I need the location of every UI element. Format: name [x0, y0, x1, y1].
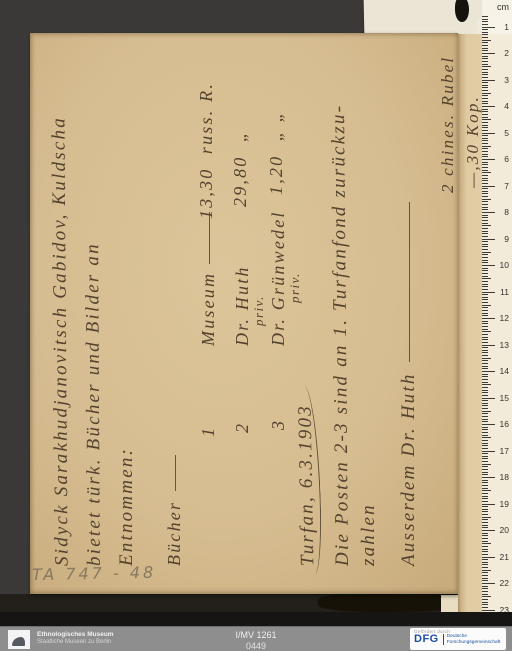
ruler-tick	[482, 604, 488, 605]
extra-amount: —,30 Kop.	[463, 95, 483, 188]
ruler-tick	[482, 138, 488, 139]
ruler-tick	[482, 443, 488, 444]
ruler-tick	[482, 170, 488, 171]
ruler-tick	[482, 368, 488, 369]
ruler-tick	[482, 40, 491, 41]
ruler-tick	[482, 27, 495, 28]
ruler-tick	[482, 220, 488, 221]
ruler-tick	[482, 284, 488, 285]
ruler-tick	[482, 559, 488, 560]
ruler-tick	[482, 199, 491, 200]
ruler-tick	[482, 464, 491, 465]
ruler-tick	[482, 435, 488, 436]
ruler-tick	[482, 270, 488, 271]
ruler-tick	[482, 390, 488, 391]
ruler-tick	[482, 599, 488, 600]
ruler-tick	[482, 480, 488, 481]
ruler-tick	[482, 424, 495, 425]
ruler-tick	[482, 93, 491, 94]
ruler-tick	[482, 421, 488, 422]
ruler-tick	[482, 466, 488, 467]
ruler-number: 2	[496, 48, 509, 58]
ruler-number: 10	[496, 260, 509, 270]
handwriting-line: Die Posten 2-3 sind an 1. Turfanfond zur…	[328, 104, 354, 566]
ruler-tick	[482, 223, 488, 224]
ruler-tick	[482, 21, 488, 22]
handwriting-line: Entnommen:	[116, 447, 138, 566]
ruler-tick	[482, 302, 488, 303]
ruler-tick	[482, 135, 488, 136]
handwriting-line: zahlen	[358, 503, 380, 566]
ruler-tick	[482, 318, 495, 319]
ruler-tick	[482, 331, 491, 332]
ruler-tick	[482, 53, 495, 54]
ruler-tick	[482, 469, 488, 470]
ruler-tick	[482, 511, 488, 512]
ruler-number: 8	[496, 207, 509, 217]
ruler-tick	[482, 156, 488, 157]
ruler-tick	[482, 103, 488, 104]
ruler-tick	[482, 586, 488, 587]
ruler-tick	[482, 109, 488, 110]
ruler-tick	[482, 24, 488, 25]
ruler-tick	[482, 281, 488, 282]
ruler-tick	[482, 602, 488, 603]
ruler-tick	[482, 77, 488, 78]
row-payee: Dr. Grünwedel	[268, 210, 289, 346]
ruler-tick	[482, 514, 488, 515]
ruler-tick	[482, 522, 488, 523]
ruler-tick	[482, 419, 488, 420]
ruler-tick	[482, 607, 488, 608]
ruler-tick	[482, 376, 488, 377]
ruler-tick	[482, 114, 488, 115]
ruler-tick	[482, 188, 488, 189]
ruler-tick	[482, 32, 488, 33]
ruler-tick	[482, 509, 488, 510]
pencil-inventory-note: TA 747 - 48	[32, 563, 157, 585]
ruler-tick	[482, 432, 488, 433]
digitization-footer: Ethnologisches Museum Staatliche Museen …	[0, 626, 512, 651]
ruler-tick	[482, 580, 488, 581]
ruler-tick	[482, 175, 488, 176]
ruler-tick	[482, 504, 495, 505]
ruler-tick	[482, 541, 488, 542]
handwriting-line: Ausserdem Dr. Huth	[398, 202, 420, 566]
ruler-tick	[482, 395, 488, 396]
ruler-tick	[482, 578, 488, 579]
row-payee: Dr. Huth	[232, 265, 253, 346]
ruler-tick	[482, 530, 495, 531]
table-row-label: Bücher	[164, 455, 185, 566]
ruler-tick	[482, 66, 491, 67]
ruler-tick	[482, 162, 488, 163]
ruler-tick	[482, 557, 495, 558]
ruler-tick	[482, 350, 488, 351]
ruler-tick	[482, 310, 488, 311]
ruler-tick	[482, 451, 495, 452]
ruler-tick	[482, 106, 495, 107]
ruler-tick	[482, 337, 488, 338]
ruler-tick	[482, 16, 488, 17]
ruler-tick	[482, 133, 495, 134]
ruler-number: 20	[496, 525, 509, 535]
ruler-tick	[482, 64, 488, 65]
ruler-tick	[482, 241, 488, 242]
handwriting-line: bietet türk. Bücher und Bilder an	[82, 242, 106, 566]
ruler-tick	[482, 554, 488, 555]
ruler-tick	[482, 178, 488, 179]
ruler-tick	[482, 591, 488, 592]
ruler-tick	[482, 130, 488, 131]
dfg-name-line2: Forschungsgemeinschaft	[447, 640, 501, 645]
ruler-tick	[482, 342, 488, 343]
ruler-tick	[482, 299, 488, 300]
ruler-tick	[482, 458, 488, 459]
row-number: 1	[198, 426, 219, 437]
ruler-tick	[482, 209, 488, 210]
ruler-tick	[482, 186, 495, 187]
ruler-tick	[482, 567, 488, 568]
extra-amount: 2 chines. Rubel	[438, 56, 458, 193]
ruler-tick	[482, 535, 488, 536]
ruler-tick	[482, 456, 488, 457]
ruler-tick	[482, 148, 488, 149]
ruler-tick	[482, 61, 488, 62]
ruler-tick	[482, 233, 488, 234]
ruler-tick	[482, 236, 488, 237]
ruler-tick	[482, 273, 488, 274]
ruler-tick	[482, 286, 488, 287]
ruler-tick	[482, 363, 488, 364]
ruler-tick	[482, 366, 488, 367]
ruler-tick	[482, 493, 488, 494]
ruler-tick	[482, 334, 488, 335]
ruler-tick	[482, 122, 488, 123]
ruler-number: 4	[496, 101, 509, 111]
ruler-tick	[482, 172, 491, 173]
ruler-tick	[482, 125, 488, 126]
ruler-number: 16	[496, 419, 509, 429]
ruler-tick	[482, 207, 488, 208]
ruler-tick	[482, 69, 488, 70]
ruler-tick	[482, 196, 488, 197]
ruler-tick	[482, 427, 488, 428]
ruler-tick	[482, 398, 495, 399]
ruler-tick	[482, 355, 488, 356]
ruler-tick	[482, 151, 488, 152]
ruler-tick	[482, 82, 488, 83]
ruler-tick	[482, 212, 495, 213]
ruler-tick	[482, 74, 488, 75]
ruler-tick	[482, 488, 488, 489]
ruler-number: 9	[496, 234, 509, 244]
ruler-number: 21	[496, 552, 509, 562]
ruler-tick	[482, 231, 488, 232]
ruler-tick	[482, 111, 488, 112]
ruler-tick	[482, 384, 491, 385]
ruler-tick	[482, 538, 488, 539]
ruler-tick	[482, 34, 488, 35]
ruler-tick	[482, 217, 488, 218]
ruler-tick	[482, 249, 488, 250]
ruler-tick	[482, 588, 488, 589]
ruler-number: 15	[496, 393, 509, 403]
ruler-tick	[482, 583, 495, 584]
ruler-tick	[482, 413, 488, 414]
ruler-tick	[482, 154, 488, 155]
ruler-tick	[482, 257, 488, 258]
ruler-tick	[482, 321, 488, 322]
ruler-tick	[482, 360, 488, 361]
ruler-tick	[482, 80, 495, 81]
ruler-tick	[482, 374, 488, 375]
ruler-tick	[482, 19, 488, 20]
ruler-tick	[482, 392, 488, 393]
ruler-tick	[482, 482, 488, 483]
ruler-tick	[482, 72, 488, 73]
ruler-tick	[482, 400, 488, 401]
ruler-number: 19	[496, 499, 509, 509]
ruler-tick	[482, 127, 488, 128]
ruler-tick	[482, 45, 488, 46]
ruler-tick	[482, 98, 488, 99]
ruler-tick	[482, 48, 488, 49]
ruler-tick	[482, 85, 488, 86]
row-payee-sub: priv.	[251, 295, 267, 326]
ruler-tick	[482, 119, 491, 120]
ruler-tick	[482, 498, 488, 499]
ruler-tick	[482, 262, 488, 263]
ruler-tick	[482, 265, 495, 266]
ruler-tick	[482, 201, 488, 202]
ruler-tick	[482, 183, 488, 184]
cm-ruler: cm 1234567891011121314151617181920212223	[482, 0, 512, 622]
ruler-tick	[482, 533, 488, 534]
ruler-tick	[482, 347, 488, 348]
ruler-tick	[482, 294, 488, 295]
ruler-tick	[482, 546, 488, 547]
ruler-tick	[482, 307, 488, 308]
ruler-tick	[482, 297, 488, 298]
ruler-tick	[482, 551, 488, 552]
ruler-number: 12	[496, 313, 509, 323]
ruler-tick	[482, 345, 495, 346]
ruler-tick	[482, 472, 488, 473]
ruler-number: 22	[496, 578, 509, 588]
ruler-tick	[482, 146, 491, 147]
footer-separator	[0, 612, 512, 626]
ruler-number: 3	[496, 75, 509, 85]
ruler-tick	[482, 42, 488, 43]
ruler-tick	[482, 143, 488, 144]
ruler-tick	[482, 352, 488, 353]
ruler-tick	[482, 90, 488, 91]
ruler-tick	[482, 37, 488, 38]
ruler-tick	[482, 204, 488, 205]
ruler-tick	[482, 506, 488, 507]
ruler-tick	[482, 564, 488, 565]
dfg-name-line1: Deutsche	[447, 634, 467, 639]
row-number: 3	[268, 419, 289, 430]
ruler-tick	[482, 416, 488, 417]
ruler-tick	[482, 326, 488, 327]
ruler-tick	[482, 159, 495, 160]
ruler-tick	[482, 225, 491, 226]
ruler-tick	[482, 477, 495, 478]
dfg-full-name: Deutsche Forschungsgemeinschaft	[443, 634, 501, 645]
ruler-tick	[482, 517, 491, 518]
ruler-tick	[482, 437, 491, 438]
ruler-tick	[482, 519, 488, 520]
row-amount: 1,20 „ „	[266, 110, 287, 195]
ruler-tick	[482, 254, 488, 255]
ruler-number: 6	[496, 154, 509, 164]
ruler-tick	[482, 429, 488, 430]
ruler-tick	[482, 453, 488, 454]
ruler-tick	[482, 215, 488, 216]
ruler-unit-label: cm	[497, 2, 509, 12]
ruler-tick	[482, 50, 488, 51]
ruler-tick	[482, 117, 488, 118]
ruler-tick	[482, 193, 488, 194]
ruler-tick	[482, 244, 488, 245]
ruler-tick	[482, 596, 491, 597]
ruler-tick	[482, 164, 488, 165]
ruler-tick	[482, 549, 488, 550]
ruler-tick	[482, 387, 488, 388]
ruler-tick	[482, 87, 488, 88]
ruler-tick	[482, 445, 488, 446]
ruler-tick	[482, 543, 491, 544]
ruler-tick	[482, 252, 491, 253]
row-payee-sub: priv.	[287, 272, 303, 303]
ruler-tick	[482, 408, 488, 409]
ruler-tick	[482, 501, 488, 502]
ruler-tick	[482, 167, 488, 168]
ruler-tick	[482, 440, 488, 441]
dfg-abbreviation: DFG	[414, 634, 439, 645]
ruler-tick	[482, 575, 488, 576]
ruler-tick	[482, 239, 495, 240]
ruler-tick	[482, 594, 488, 595]
ruler-tick	[482, 180, 488, 181]
ruler-tick	[482, 268, 488, 269]
ruler-tick	[482, 405, 488, 406]
ruler-tick	[482, 58, 488, 59]
row-number: 2	[232, 422, 253, 433]
ruler-tick	[482, 278, 491, 279]
ruler-tick	[482, 448, 488, 449]
ruler-tick	[482, 411, 491, 412]
ruler-number: 18	[496, 472, 509, 482]
handwriting-line: Sidyck Sarakhudjanovitsch Gabidov, Kulds…	[48, 116, 73, 566]
row-payee: Museum	[198, 212, 219, 346]
ruler-tick	[482, 323, 488, 324]
ruler-tick	[482, 610, 495, 611]
ruler-tick	[482, 358, 491, 359]
ruler-tick	[482, 56, 488, 57]
ruler-number: 1	[496, 22, 509, 32]
ruler-tick	[482, 496, 488, 497]
ruler-tick	[482, 525, 488, 526]
ruler-tick	[482, 379, 488, 380]
ruler-tick	[482, 313, 488, 314]
ruler-tick	[482, 246, 488, 247]
ruler-tick	[482, 315, 488, 316]
ruler-tick	[482, 572, 488, 573]
ruler-tick	[482, 329, 488, 330]
ruler-tick	[482, 29, 488, 30]
ruler-tick	[482, 490, 491, 491]
ruler-tick	[482, 527, 488, 528]
ruler-number: 14	[496, 366, 509, 376]
ruler-tick	[482, 474, 488, 475]
ruler-tick	[482, 570, 491, 571]
ruler-tick	[482, 371, 495, 372]
ruler-tick	[482, 339, 488, 340]
digitized-document-photo: Sidyck Sarakhudjanovitsch Gabidov, Kulds…	[0, 0, 512, 651]
ruler-tick	[482, 562, 488, 563]
ruler-tick	[482, 276, 488, 277]
ruler-tick	[482, 403, 488, 404]
ruler-tick	[482, 260, 488, 261]
ruler-number: 11	[496, 287, 509, 297]
ruler-number: 17	[496, 446, 509, 456]
ruler-number: 13	[496, 340, 509, 350]
ruler-tick	[482, 191, 488, 192]
ruler-tick	[482, 292, 495, 293]
row-amount: 13,30 russ. R.	[196, 82, 217, 219]
ruler-tick	[482, 382, 488, 383]
ruler-number: 5	[496, 128, 509, 138]
ruler-tick	[482, 461, 488, 462]
row-amount: 29,80 „	[230, 130, 251, 207]
ruler-tick	[482, 101, 488, 102]
ruler-tick	[482, 95, 488, 96]
dfg-logo: Gefördert durch DFG Deutsche Forschungsg…	[410, 628, 506, 650]
ruler-tick	[482, 305, 491, 306]
ruler-number: 7	[496, 181, 509, 191]
ruler-tick	[482, 289, 488, 290]
handwriting-block: Sidyck Sarakhudjanovitsch Gabidov, Kulds…	[30, 31, 492, 593]
ruler-tick	[482, 228, 488, 229]
ruler-tick	[482, 485, 488, 486]
ruler-tick	[482, 140, 488, 141]
